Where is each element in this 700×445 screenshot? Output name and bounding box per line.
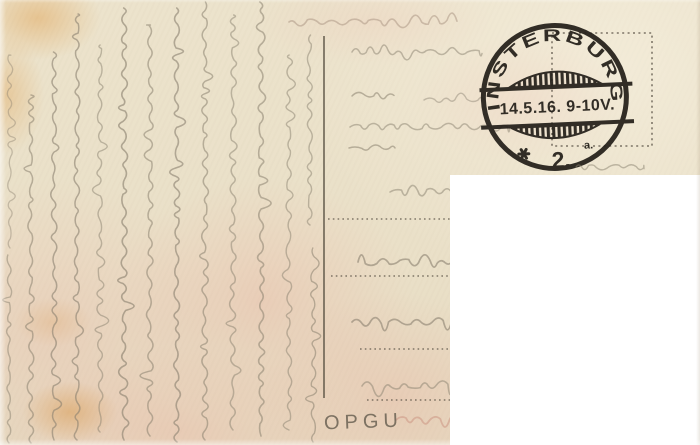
postmark-number: 2.: [551, 146, 571, 173]
handwriting-stroke: [7, 55, 15, 248]
handwriting-stroke: [118, 8, 134, 440]
handwriting-stroke: [200, 2, 213, 440]
handwriting-stroke: [352, 92, 394, 98]
handwriting-stroke: [307, 35, 312, 225]
handwriting-stroke: [3, 255, 12, 443]
handwriting-stroke: [362, 381, 452, 396]
handwriting-stroke: [390, 185, 452, 195]
handwriting-layer: [3, 2, 510, 443]
handwriting-stroke: [306, 248, 321, 442]
handwriting-stroke: [140, 25, 153, 436]
postmark-hatch-upper: [509, 70, 602, 88]
handwriting-stroke: [349, 145, 395, 150]
handwriting-stroke: [352, 45, 482, 60]
handwriting-stroke: [282, 55, 295, 430]
handwriting-stroke: [72, 14, 83, 440]
blank-mask: [450, 175, 700, 445]
handwriting-stroke: [289, 13, 457, 28]
postmark-hatch-lower: [511, 124, 600, 140]
postcard-back: INSTERBURG 14.5.16. 9-10V. 2. a. OPGU: [0, 0, 700, 445]
catalog-code: OPGU: [324, 410, 404, 436]
handwriting-stroke: [352, 318, 452, 331]
postmark: INSTERBURG 14.5.16. 9-10V. 2. a.: [477, 22, 636, 176]
handwriting-stroke: [358, 255, 453, 267]
postmark-letter: a.: [584, 139, 594, 151]
handwriting-stroke: [170, 8, 186, 442]
postmark-date: 14.5.16. 9-10V.: [499, 96, 615, 118]
handwriting-stroke: [424, 93, 484, 102]
handwriting-stroke: [93, 45, 109, 432]
handwriting-stroke: [24, 95, 34, 443]
handwriting-stroke: [256, 2, 271, 436]
handwriting-stroke: [396, 417, 454, 427]
handwriting-stroke: [576, 165, 644, 170]
handwriting-stroke: [51, 52, 62, 440]
handwriting-stroke: [226, 15, 241, 430]
handwriting-over-layer: [576, 165, 644, 170]
